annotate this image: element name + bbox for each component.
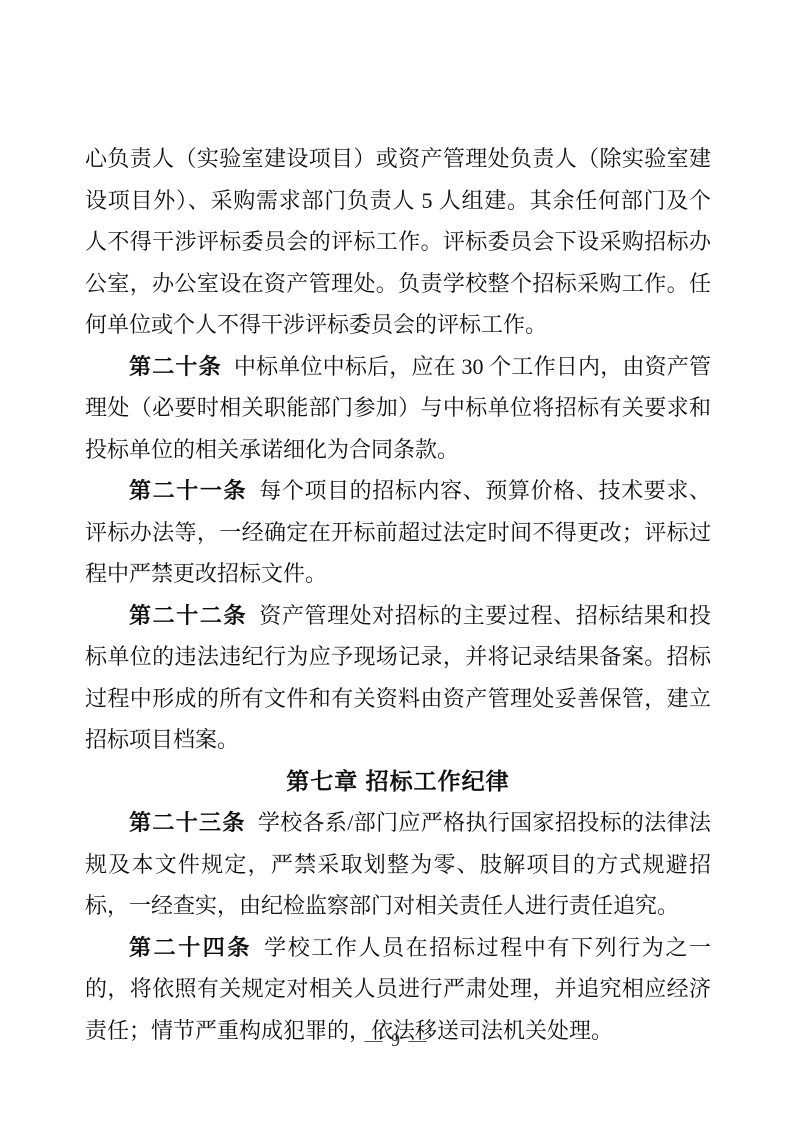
article-24-label: 第二十四条 bbox=[129, 935, 252, 960]
document-page: 心负责人（实验室建设项目）或资产管理处负责人（除实验室建设项目外）、采购需求部门… bbox=[0, 0, 793, 1122]
paragraph-continuation: 心负责人（实验室建设项目）或资产管理处负责人（除实验室建设项目外）、采购需求部门… bbox=[85, 138, 711, 346]
document-content: 心负责人（实验室建设项目）或资产管理处负责人（除实验室建设项目外）、采购需求部门… bbox=[85, 138, 711, 1051]
chapter-7-heading: 第七章 招标工作纪律 bbox=[85, 761, 711, 803]
article-21: 第二十一条每个项目的招标内容、预算价格、技术要求、评标办法等，一经确定在开标前超… bbox=[85, 470, 711, 595]
page-number: — 9 — bbox=[365, 1030, 429, 1050]
article-20: 第二十条中标单位中标后，应在 30 个工作日内，由资产管理处（必要时相关职能部门… bbox=[85, 346, 711, 471]
page-footer: — 9 — bbox=[0, 1030, 793, 1051]
article-22-label: 第二十二条 bbox=[129, 603, 247, 628]
article-20-label: 第二十条 bbox=[129, 354, 222, 379]
article-23-label: 第二十三条 bbox=[129, 810, 246, 835]
article-22: 第二十二条资产管理处对招标的主要过程、招标结果和投标单位的违法违纪行为应予现场记… bbox=[85, 595, 711, 761]
article-21-label: 第二十一条 bbox=[129, 478, 247, 503]
article-23: 第二十三条学校各系/部门应严格执行国家招投标的法律法规及本文件规定，严禁采取划整… bbox=[85, 802, 711, 927]
